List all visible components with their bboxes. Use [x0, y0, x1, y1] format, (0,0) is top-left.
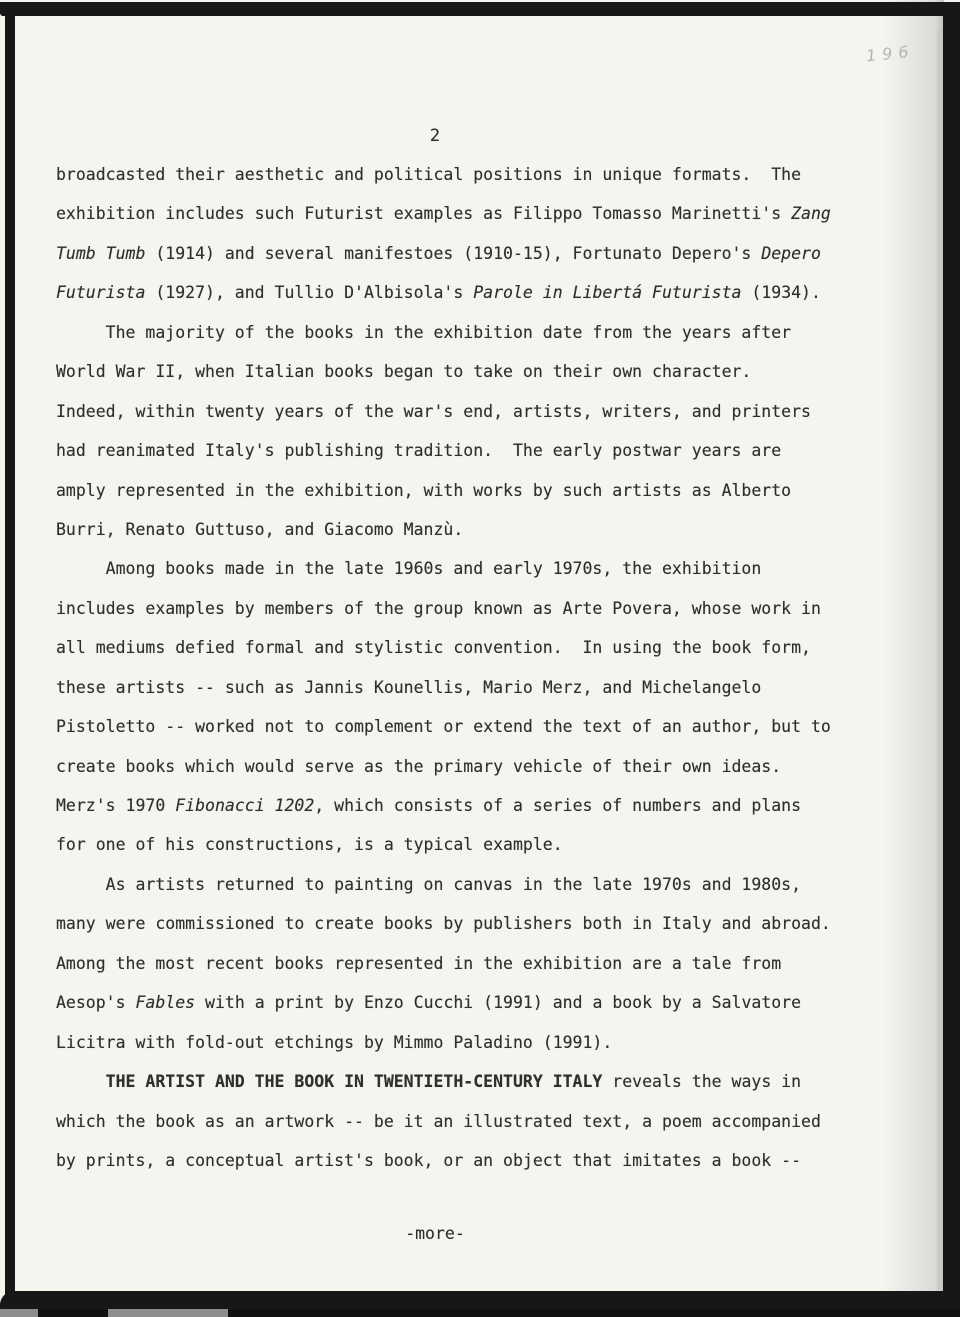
text-run: Licitra with fold-out etchings by Mimmo …	[56, 1033, 612, 1052]
text-line: Burri, Renato Guttuso, and Giacomo Manzù…	[56, 510, 916, 549]
text-line: which the book as an artwork -- be it an…	[56, 1102, 916, 1141]
text-run: reveals the ways in	[602, 1072, 801, 1091]
text-run: Zang	[791, 204, 831, 223]
text-run: THE ARTIST AND THE BOOK IN TWENTIETH-CEN…	[106, 1072, 603, 1091]
text-run: all mediums defied formal and stylistic …	[56, 638, 811, 657]
text-run: Aesop's	[56, 993, 135, 1012]
text-run: Among the most recent books represented …	[56, 954, 781, 973]
text-run: with a print by Enzo Cucchi (1991) and a…	[195, 993, 801, 1012]
text-line: As artists returned to painting on canva…	[56, 865, 916, 904]
text-line: THE ARTIST AND THE BOOK IN TWENTIETH-CEN…	[56, 1062, 916, 1101]
more-continuation-marker: -more-	[56, 1224, 814, 1243]
text-run: (1934).	[741, 283, 820, 302]
text-run: Merz's 1970	[56, 796, 175, 815]
page-edge-line	[937, 30, 940, 1290]
text-run: Depero	[761, 244, 821, 263]
text-run: which the book as an artwork -- be it an…	[56, 1112, 821, 1131]
text-run: had reanimated Italy's publishing tradit…	[56, 441, 781, 460]
text-run	[56, 1072, 106, 1091]
text-run: World War II, when Italian books began t…	[56, 362, 751, 381]
scan-border-right	[943, 8, 960, 1317]
text-run: Among books made in the late 1960s and e…	[56, 559, 761, 578]
text-line: broadcasted their aesthetic and politica…	[56, 155, 916, 194]
text-line: had reanimated Italy's publishing tradit…	[56, 431, 916, 470]
page-number: 2	[56, 126, 814, 146]
text-run: Pistoletto -- worked not to complement o…	[56, 717, 831, 736]
film-strip-segment	[228, 1309, 960, 1317]
text-run: by prints, a conceptual artist's book, o…	[56, 1151, 801, 1170]
text-run: create books which would serve as the pr…	[56, 757, 781, 776]
text-run: (1927), and Tullio D'Albisola's	[145, 283, 473, 302]
text-run: exhibition includes such Futurist exampl…	[56, 204, 791, 223]
text-line: by prints, a conceptual artist's book, o…	[56, 1141, 916, 1180]
text-line: for one of his constructions, is a typic…	[56, 825, 916, 864]
text-run: , which consists of a series of numbers …	[314, 796, 801, 815]
text-run: Indeed, within twenty years of the war's…	[56, 402, 811, 421]
text-line: create books which would serve as the pr…	[56, 747, 916, 786]
text-run: Parole in Libertá Futurista	[473, 283, 741, 302]
text-run: includes examples by members of the grou…	[56, 599, 821, 618]
text-run: (1914) and several manifestoes (1910-15)…	[145, 244, 761, 263]
text-line: World War II, when Italian books began t…	[56, 352, 916, 391]
scanned-document-page: 196 2 broadcasted their aesthetic and po…	[0, 0, 960, 1317]
text-run: As artists returned to painting on canva…	[56, 875, 801, 894]
text-line: Pistoletto -- worked not to complement o…	[56, 707, 916, 746]
text-line: The majority of the books in the exhibit…	[56, 313, 916, 352]
text-run: Fibonacci 1202	[175, 796, 314, 815]
text-run: Tumb Tumb	[56, 244, 145, 263]
text-run: for one of his constructions, is a typic…	[56, 835, 563, 854]
text-run: The majority of the books in the exhibit…	[56, 323, 791, 342]
text-line: Among the most recent books represented …	[56, 944, 916, 983]
text-line: many were commissioned to create books b…	[56, 904, 916, 943]
text-run: these artists -- such as Jannis Kounelli…	[56, 678, 761, 697]
text-line: these artists -- such as Jannis Kounelli…	[56, 668, 916, 707]
text-line: all mediums defied formal and stylistic …	[56, 628, 916, 667]
scan-border-left	[5, 8, 15, 1300]
text-run: Fables	[135, 993, 195, 1012]
text-run: broadcasted their aesthetic and politica…	[56, 165, 801, 184]
text-line: includes examples by members of the grou…	[56, 589, 916, 628]
text-line: Tumb Tumb (1914) and several manifestoes…	[56, 234, 916, 273]
film-strip	[0, 1309, 960, 1317]
text-line: Futurista (1927), and Tullio D'Albisola'…	[56, 273, 916, 312]
text-line: Licitra with fold-out etchings by Mimmo …	[56, 1023, 916, 1062]
document-body: broadcasted their aesthetic and politica…	[56, 155, 916, 1180]
text-run: Futurista	[56, 283, 145, 302]
text-line: Aesop's Fables with a print by Enzo Cucc…	[56, 983, 916, 1022]
scan-border-bottom	[0, 1291, 960, 1310]
film-strip-segment	[38, 1309, 108, 1317]
text-line: amply represented in the exhibition, wit…	[56, 471, 916, 510]
text-line: exhibition includes such Futurist exampl…	[56, 194, 916, 233]
text-line: Among books made in the late 1960s and e…	[56, 549, 916, 588]
text-line: Merz's 1970 Fibonacci 1202, which consis…	[56, 786, 916, 825]
text-run: amply represented in the exhibition, wit…	[56, 481, 791, 500]
text-line: Indeed, within twenty years of the war's…	[56, 392, 916, 431]
scan-border-top	[0, 2, 960, 16]
text-run: many were commissioned to create books b…	[56, 914, 831, 933]
text-run: Burri, Renato Guttuso, and Giacomo Manzù…	[56, 520, 463, 539]
